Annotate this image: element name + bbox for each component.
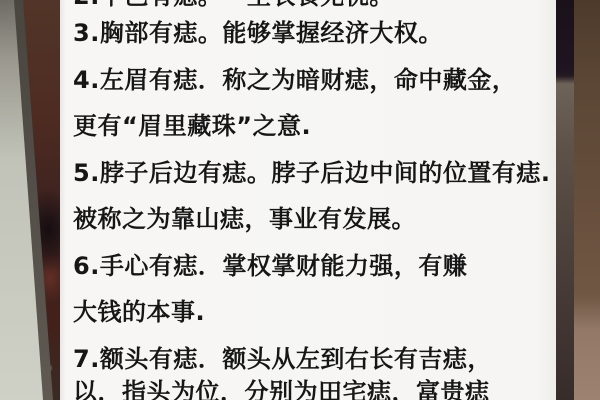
text-line: 大钱的本事. <box>73 289 550 336</box>
text-line-list: 3.胸部有痣。能够掌握经济大权。 4.左眉有痣．称之为暗财痣，命中藏金， 更有“… <box>73 10 550 382</box>
text-card: 2.下巴有痣。一生衣食无忧。 3.胸部有痣。能够掌握经济大权。 4.左眉有痣．称… <box>60 0 557 400</box>
text-line: 5.脖子后边有痣。脖子后边中间的位置有痣. <box>73 150 550 197</box>
text-line: 更有“眉里藏珠”之意. <box>73 103 550 150</box>
text-line-partial-top: 2.下巴有痣。一生衣食无忧。 <box>73 0 394 8</box>
text-line: 6.手心有痣．掌权掌财能力强，有赚 <box>73 243 550 290</box>
background-right-wall <box>574 0 600 400</box>
screenshot-root: 2.下巴有痣。一生衣食无忧。 3.胸部有痣。能够掌握经济大权。 4.左眉有痣．称… <box>0 0 600 400</box>
text-line: 7.额头有痣．额头从左到右长有吉痣， <box>73 336 550 383</box>
background-right-door-frame <box>556 0 574 400</box>
text-line: 4.左眉有痣．称之为暗财痣，命中藏金， <box>73 57 550 104</box>
text-line: 被称之为靠山痣，事业有发展。 <box>73 196 550 243</box>
text-line: 3.胸部有痣。能够掌握经济大权。 <box>73 10 550 57</box>
text-line-partial-bottom: 以．指头为位．分别为田宅痣，富贵痣 <box>73 380 490 400</box>
